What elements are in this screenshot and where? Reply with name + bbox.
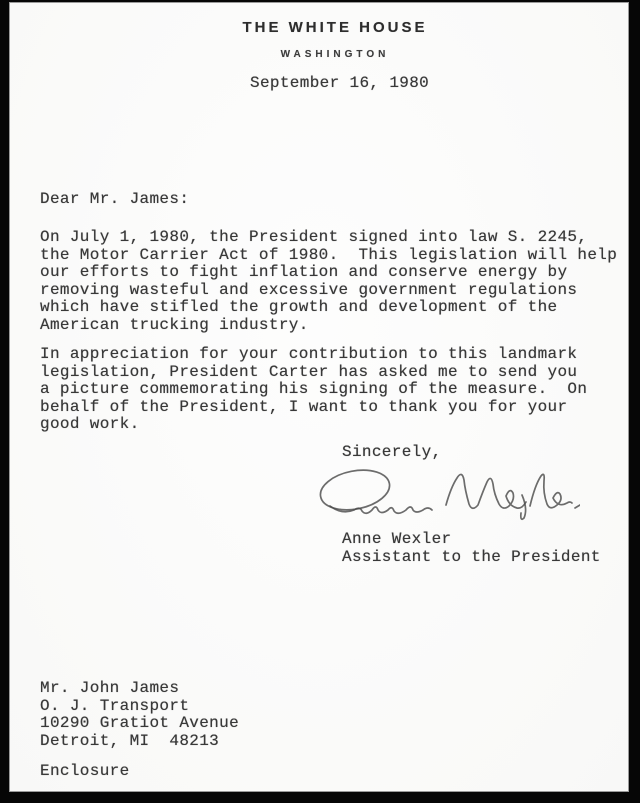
body-paragraph-1: On July 1, 1980, the President signed in… [40, 229, 617, 335]
signer-typed-title: Assistant to the President [342, 549, 601, 567]
letter-page: THE WHITE HOUSE WASHINGTON September 16,… [10, 3, 628, 791]
letterhead-title: THE WHITE HOUSE [26, 19, 640, 36]
recipient-address-block: Mr. John James O. J. Transport 10290 Gra… [40, 680, 239, 750]
enclosure-note: Enclosure [40, 763, 130, 781]
handwritten-signature [310, 459, 580, 537]
body-paragraph-2: In appreciation for your contribution to… [40, 346, 587, 434]
salutation: Dear Mr. James: [40, 191, 189, 209]
letter-date: September 16, 1980 [250, 75, 429, 93]
signer-typed-name: Anne Wexler [342, 531, 451, 549]
letterhead-subtitle: WASHINGTON [26, 49, 640, 60]
scan-border-frame: THE WHITE HOUSE WASHINGTON September 16,… [0, 0, 640, 803]
